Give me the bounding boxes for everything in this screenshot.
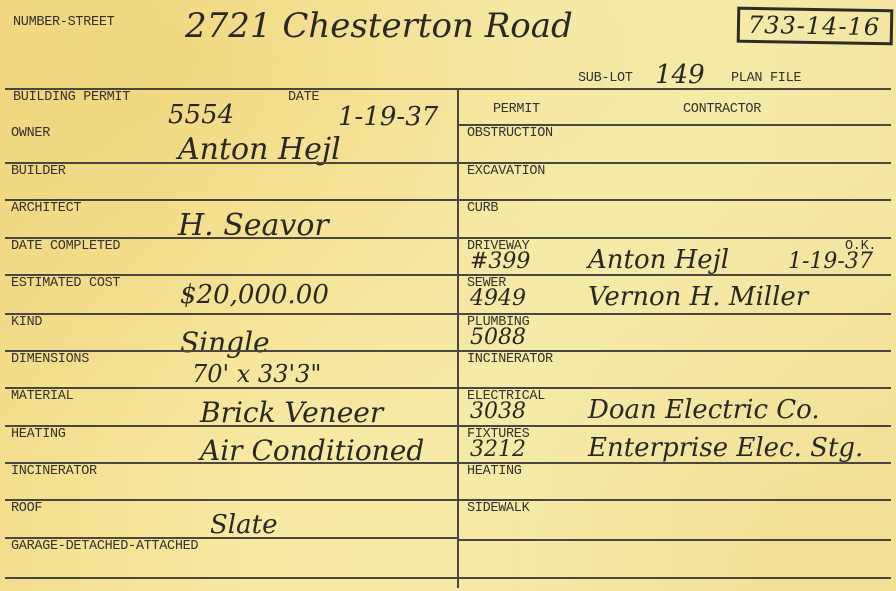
field-label-material: MATERIAL bbox=[11, 389, 73, 404]
sub-lot-label: SUB-LOT bbox=[578, 71, 633, 86]
permit-label-obstruction: OBSTRUCTION bbox=[467, 126, 553, 141]
field-value-kind: Single bbox=[180, 326, 270, 359]
permit-label-heating: HEATING bbox=[467, 464, 522, 479]
contractor-sewer: Vernon H. Miller bbox=[588, 282, 808, 312]
contractor-electrical: Doan Electric Co. bbox=[588, 395, 820, 425]
field-label-builder: BUILDER bbox=[11, 164, 66, 179]
date-label: DATE bbox=[288, 90, 319, 105]
building-permit-date: 1-19-37 bbox=[338, 102, 438, 132]
permit-card: NUMBER-STREET 2721 Chesterton Road 733-1… bbox=[0, 0, 896, 591]
field-value-dimensions: 70' x 33'3" bbox=[192, 360, 321, 388]
field-value-roof: Slate bbox=[210, 510, 277, 540]
field-value-estimated-cost: $20,000.00 bbox=[180, 280, 329, 310]
permit-number-sewer: 4949 bbox=[470, 286, 526, 311]
contractor-fixtures: Enterprise Elec. Stg. bbox=[588, 433, 863, 463]
plan-file-label: PLAN FILE bbox=[731, 71, 801, 86]
field-label-owner: OWNER bbox=[11, 126, 50, 141]
permit-number-driveway: #399 bbox=[470, 249, 530, 274]
permit-number-plumbing: 5088 bbox=[470, 325, 526, 350]
number-street-label: NUMBER-STREET bbox=[13, 15, 114, 30]
field-label-dimensions: DIMENSIONS bbox=[11, 352, 89, 367]
field-label-garage-detached-attached: GARAGE-DETACHED-ATTACHED bbox=[11, 539, 198, 554]
building-permit-label: BUILDING PERMIT bbox=[13, 90, 130, 105]
permit-column-header: PERMIT bbox=[493, 102, 540, 117]
file-number-stamp: 733-14-16 bbox=[737, 7, 894, 46]
contractor-column-header: CONTRACTOR bbox=[683, 102, 761, 117]
field-label-incinerator: INCINERATOR bbox=[11, 464, 97, 479]
field-label-architect: ARCHITECT bbox=[11, 201, 81, 216]
field-label-roof: ROOF bbox=[11, 501, 42, 516]
permit-label-sidewalk: SIDEWALK bbox=[467, 501, 529, 516]
permit-number-fixtures: 3212 bbox=[470, 437, 526, 462]
building-permit-number: 5554 bbox=[168, 100, 234, 130]
permit-number-electrical: 3038 bbox=[470, 399, 526, 424]
note-driveway: 1-19-37 bbox=[788, 249, 873, 274]
file-number: 733-14-16 bbox=[748, 11, 881, 41]
address-value: 2721 Chesterton Road bbox=[185, 6, 573, 46]
field-label-date-completed: DATE COMPLETED bbox=[11, 239, 120, 254]
field-label-heating: HEATING bbox=[11, 427, 66, 442]
field-label-estimated-cost: ESTIMATED COST bbox=[11, 276, 120, 291]
field-label-kind: KIND bbox=[11, 315, 42, 330]
sub-lot-value: 149 bbox=[655, 60, 705, 90]
permit-label-incinerator: INCINERATOR bbox=[467, 352, 553, 367]
permit-label-excavation: EXCAVATION bbox=[467, 164, 545, 179]
permit-label-curb: CURB bbox=[467, 201, 498, 216]
contractor-driveway: Anton Hejl bbox=[588, 245, 729, 275]
